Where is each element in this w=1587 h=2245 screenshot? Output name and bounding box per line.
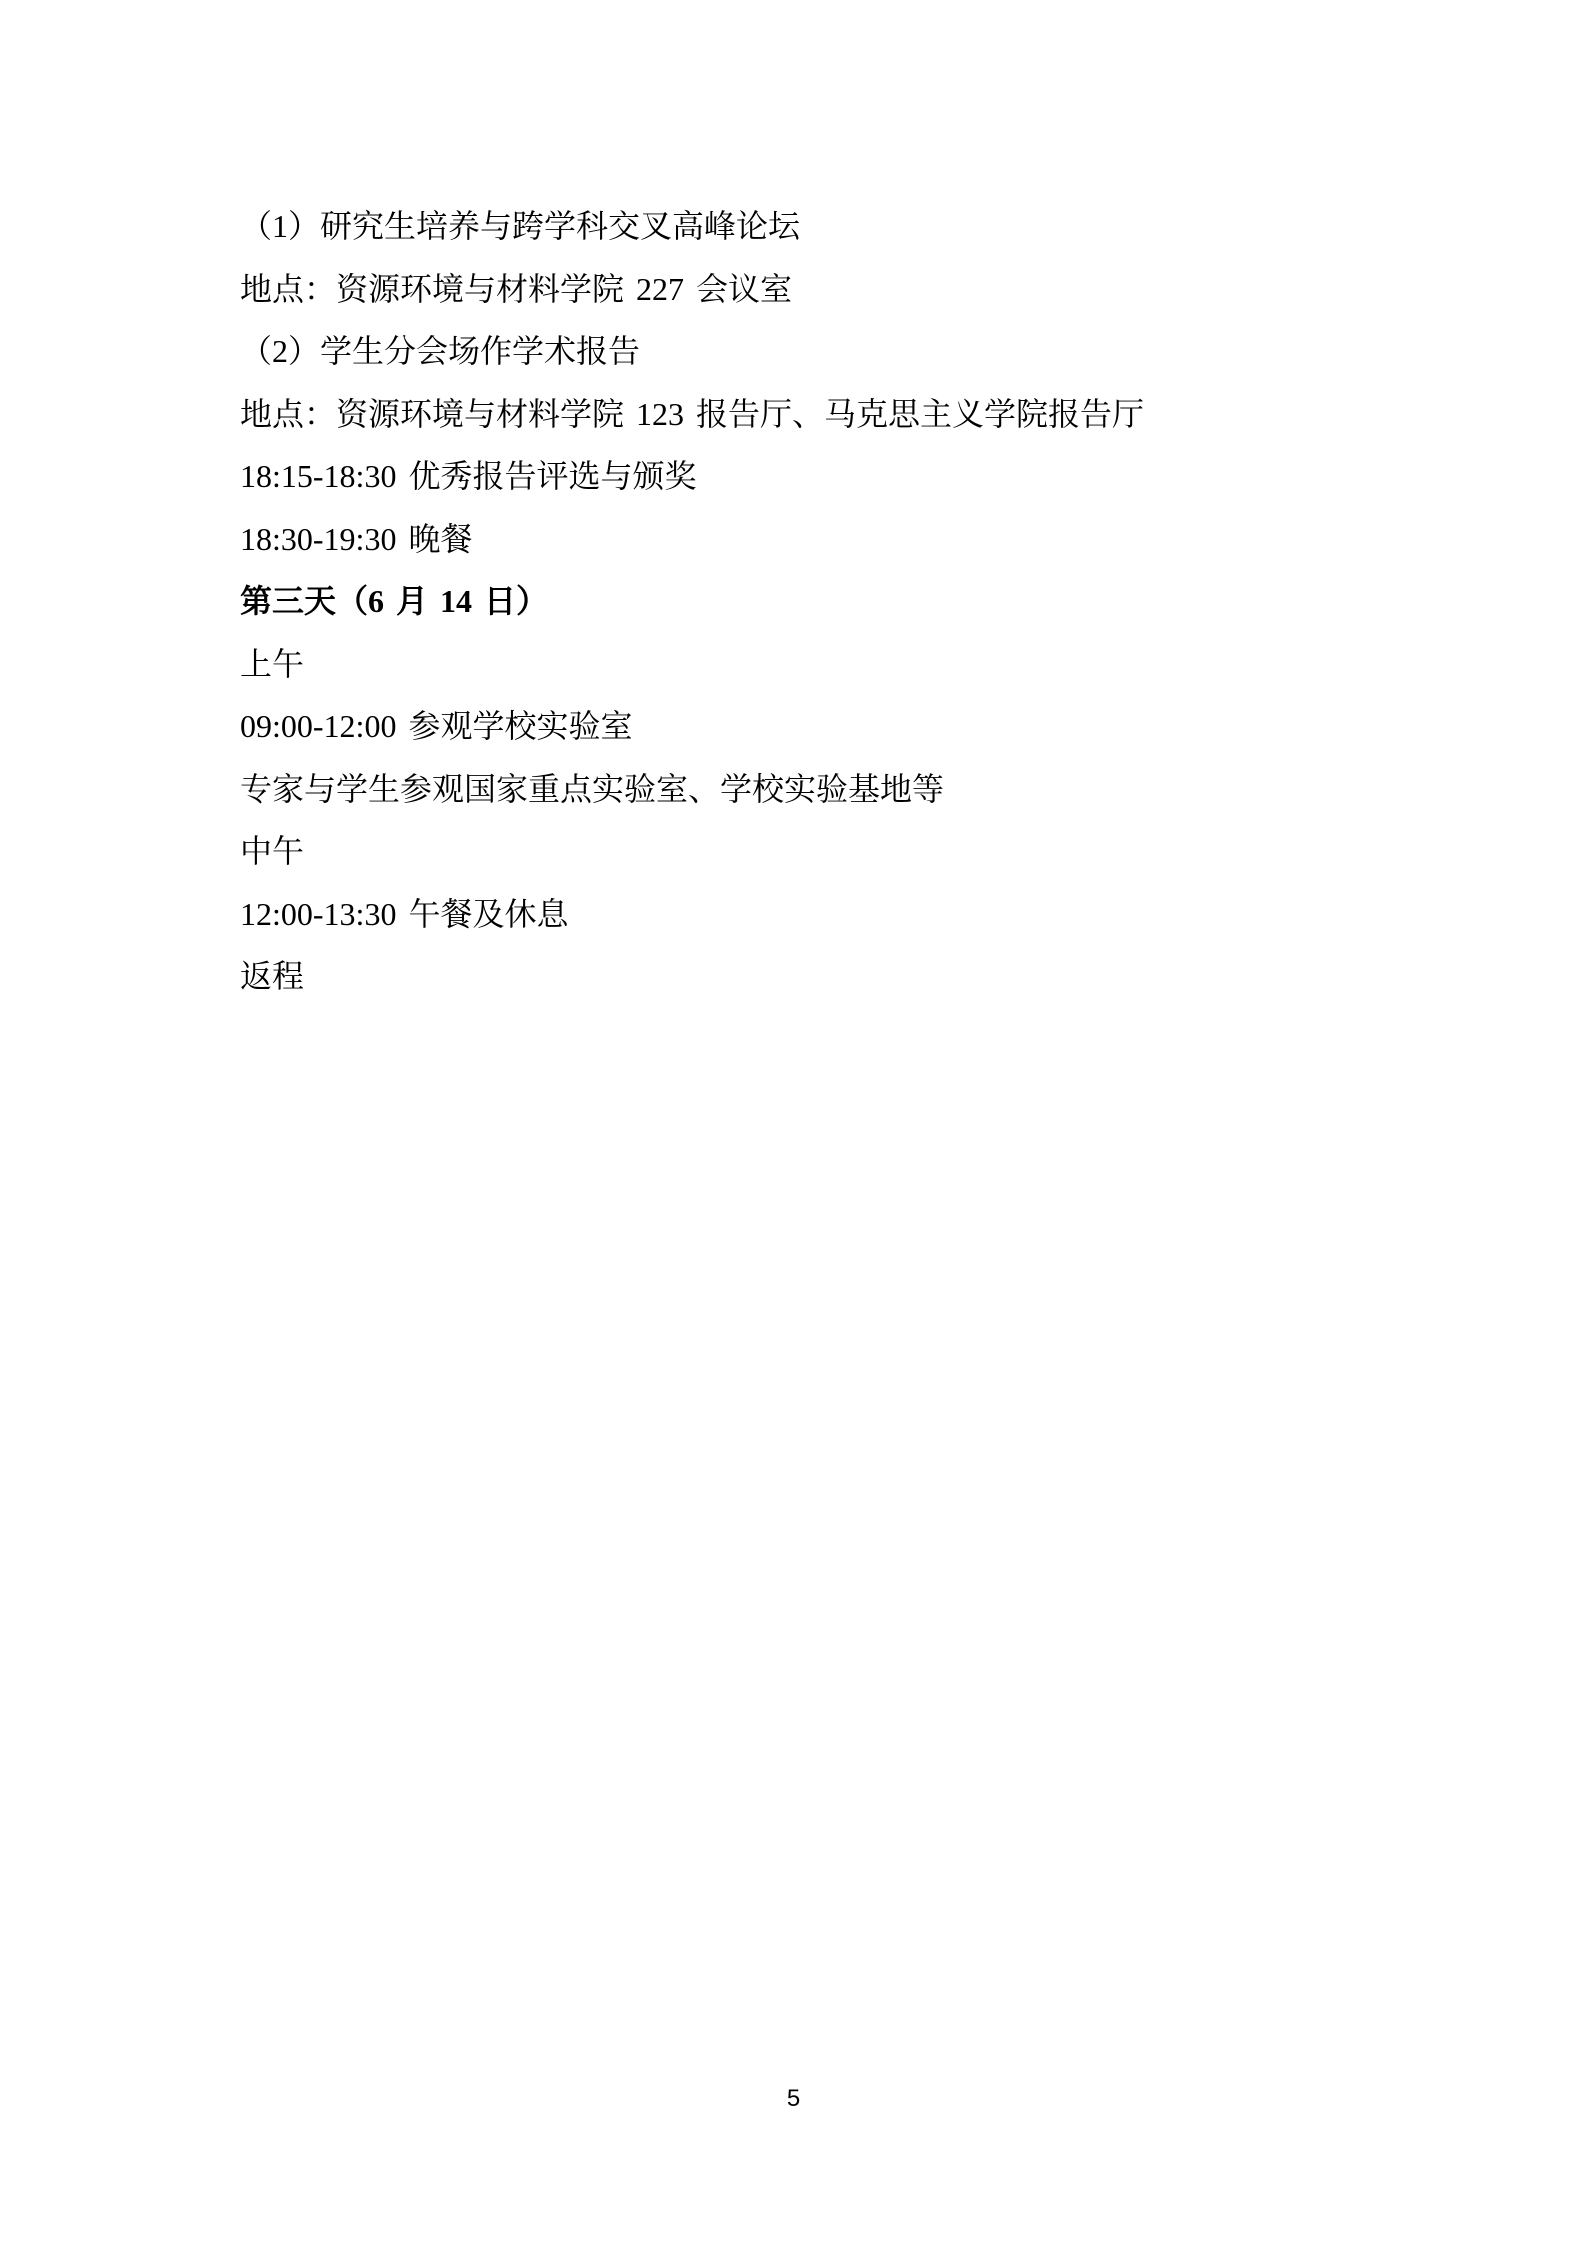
- text-line: 地点：资源环境与材料学院 123 报告厅、马克思主义学院报告厅: [240, 383, 1370, 446]
- text-line: 返程: [240, 945, 1370, 1008]
- day-heading-line: 第三天（6 月 14 日）: [240, 570, 1370, 633]
- page-number: 5: [0, 2086, 1587, 2112]
- document-body: （1）研究生培养与跨学科交叉高峰论坛地点：资源环境与材料学院 227 会议室（2…: [240, 195, 1370, 1008]
- text-line: 18:15-18:30 优秀报告评选与颁奖: [240, 445, 1370, 508]
- text-line: 地点：资源环境与材料学院 227 会议室: [240, 258, 1370, 321]
- text-line: （2）学生分会场作学术报告: [240, 320, 1370, 383]
- text-line: 上午: [240, 633, 1370, 696]
- text-line: 09:00-12:00 参观学校实验室: [240, 695, 1370, 758]
- text-line: 中午: [240, 820, 1370, 883]
- text-line: 12:00-13:30 午餐及休息: [240, 883, 1370, 946]
- text-line: （1）研究生培养与跨学科交叉高峰论坛: [240, 195, 1370, 258]
- text-line: 专家与学生参观国家重点实验室、学校实验基地等: [240, 758, 1370, 821]
- text-line: 18:30-19:30 晚餐: [240, 508, 1370, 571]
- document-page: （1）研究生培养与跨学科交叉高峰论坛地点：资源环境与材料学院 227 会议室（2…: [0, 0, 1587, 2245]
